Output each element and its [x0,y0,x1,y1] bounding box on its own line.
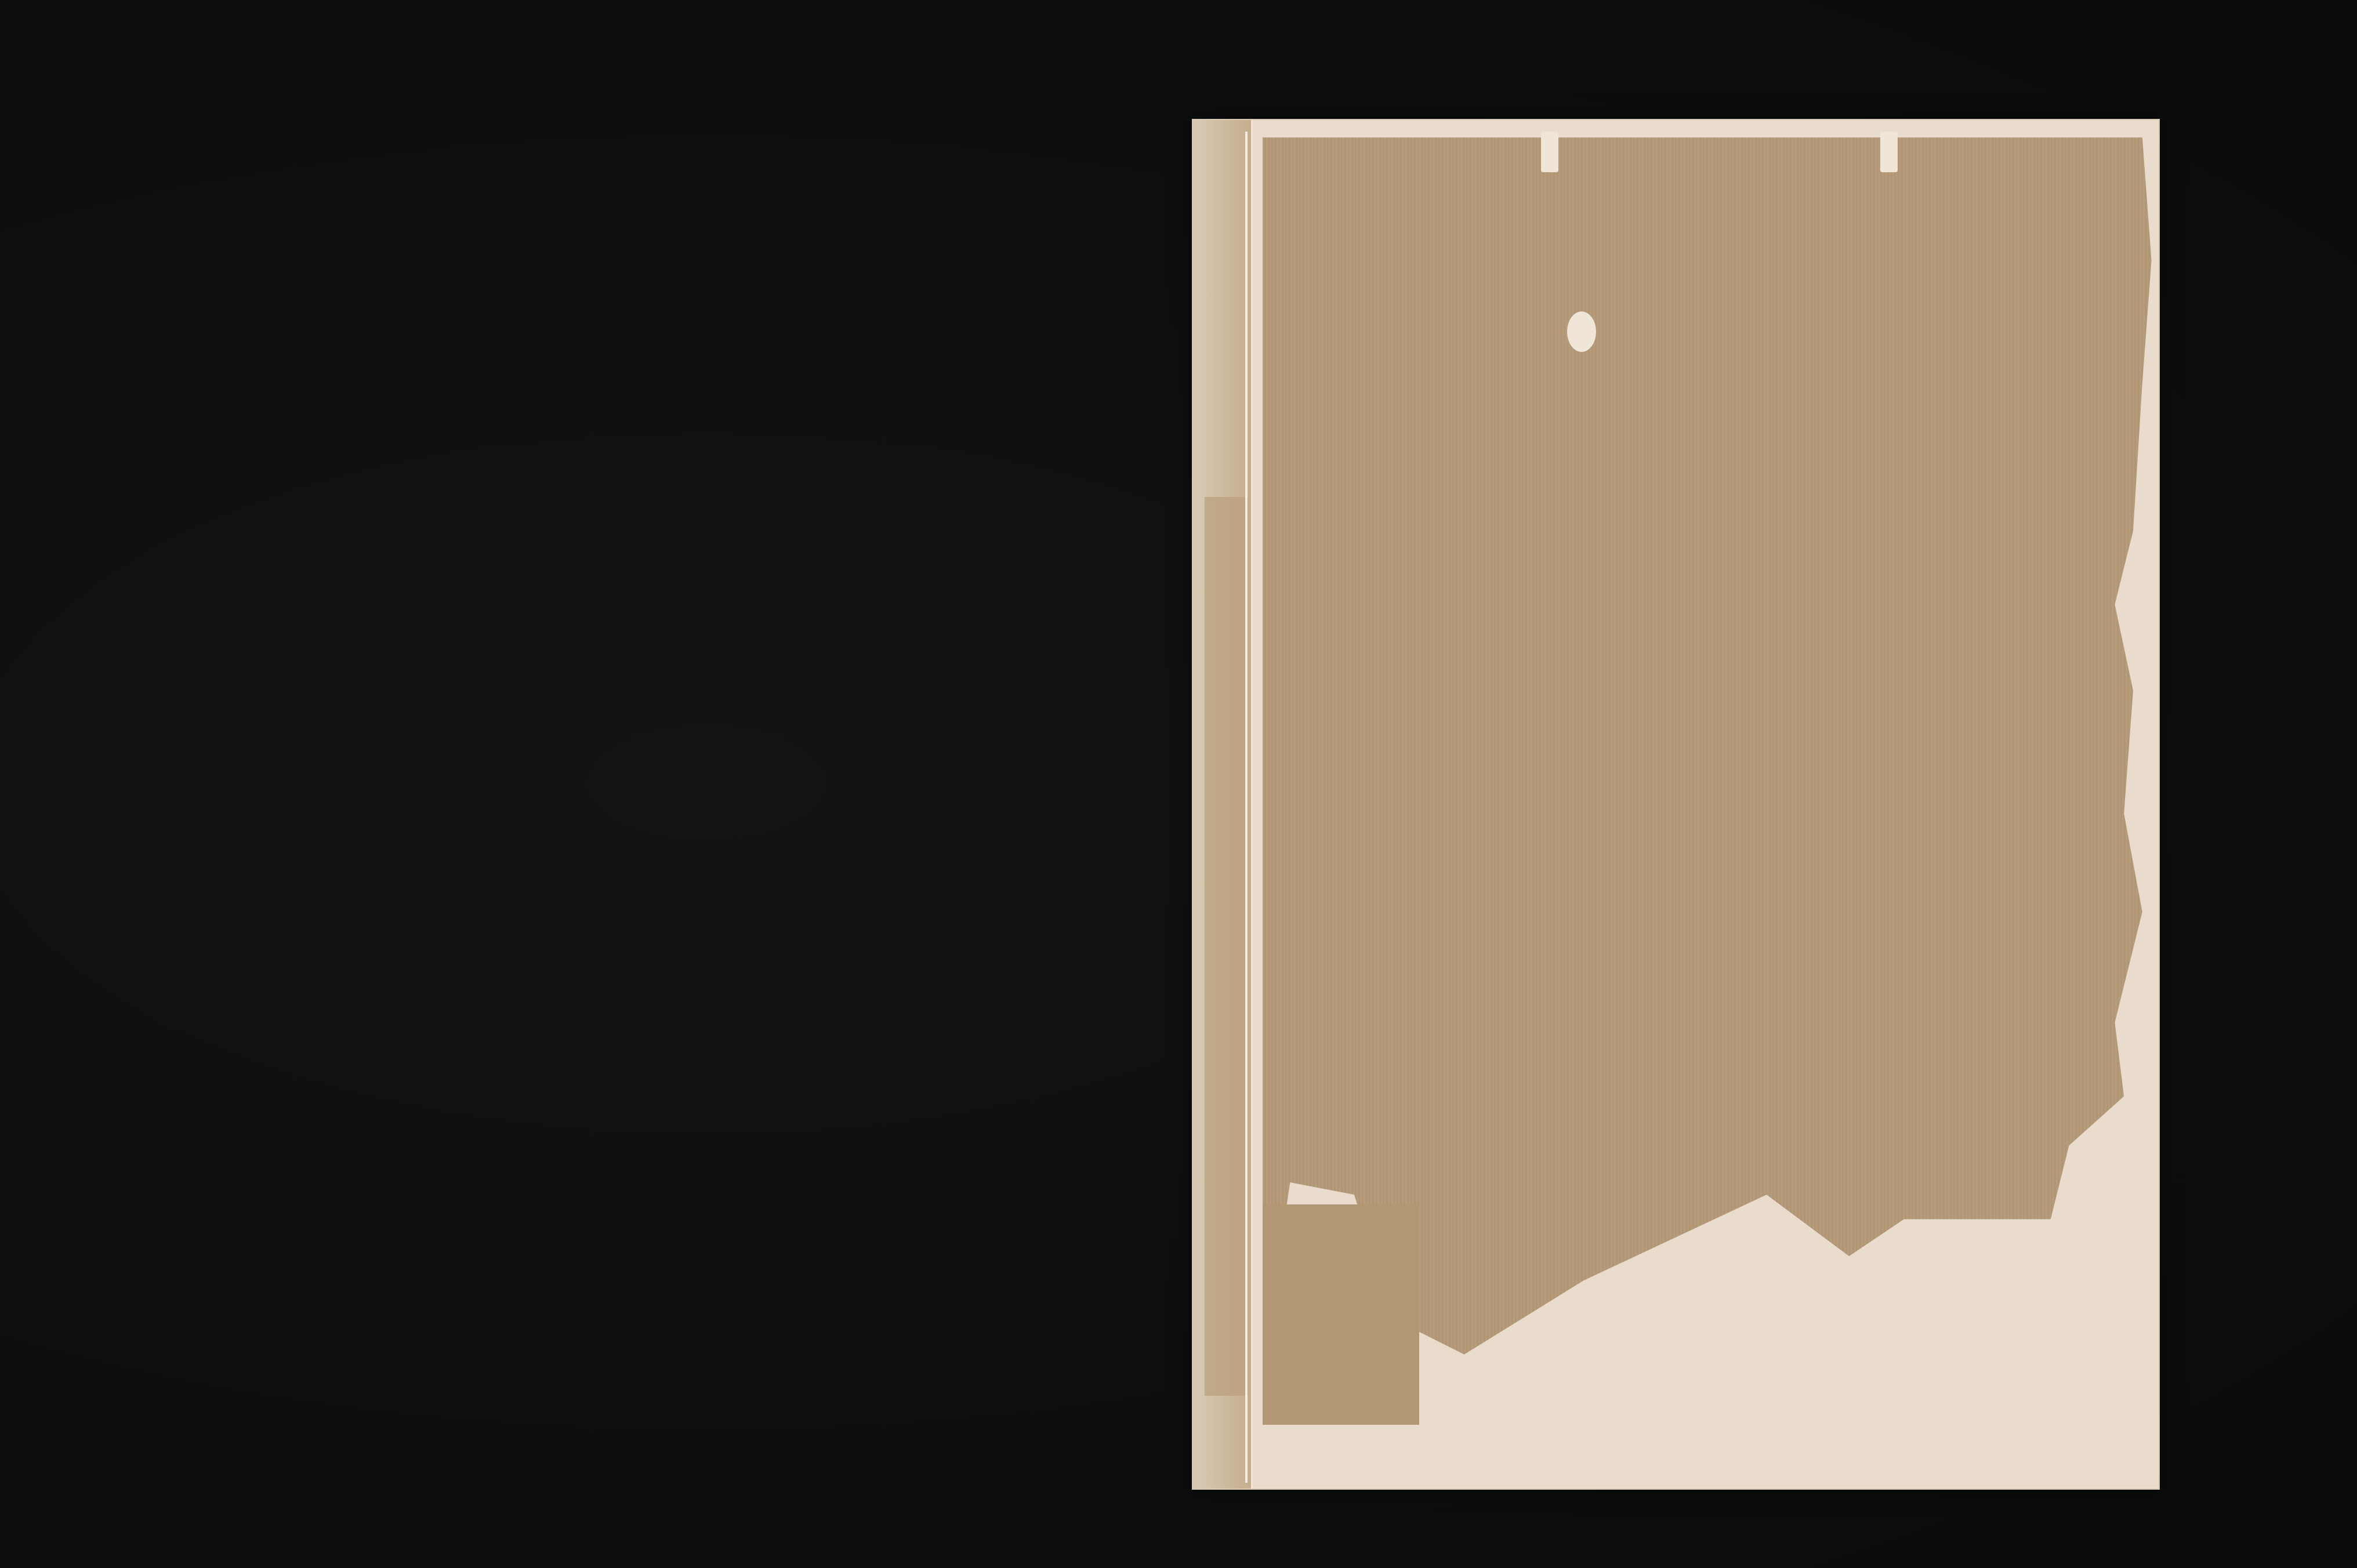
binding-thread [1245,132,1248,1483]
book-cover [1192,119,2160,1490]
spine-cloth-patch [1205,497,1248,1396]
cloth-fragment [1263,1204,1419,1425]
wear-spot [1541,132,1558,172]
wear-spot [1567,311,1596,352]
worn-cloth-covering [1263,137,2179,1367]
book-spine [1193,120,1253,1489]
wear-spot [1880,132,1898,172]
